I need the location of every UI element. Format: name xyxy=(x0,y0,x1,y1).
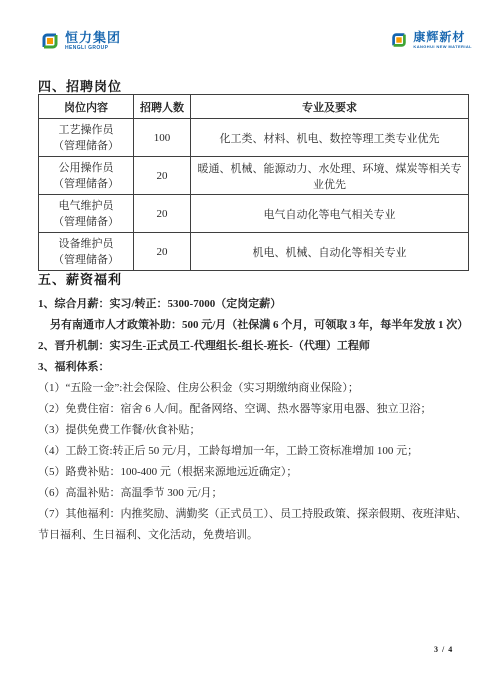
table-header-row: 岗位内容 招聘人数 专业及要求 xyxy=(39,95,469,119)
count-cell: 20 xyxy=(134,157,191,195)
position-note: （管理储备） xyxy=(53,140,119,152)
salary-item-welfare-title: 3、福利体系： xyxy=(38,357,470,378)
requirement-cell: 化工类、材料、机电、数控等理工类专业优先 xyxy=(191,119,469,157)
col-header-position: 岗位内容 xyxy=(39,95,134,119)
hengli-logo-name: 恒力集团 xyxy=(65,31,121,44)
col-header-requirement: 专业及要求 xyxy=(191,95,469,119)
jobs-table: 岗位内容 招聘人数 专业及要求 工艺操作员 （管理储备） 100 化工类、材料、… xyxy=(38,94,469,271)
salary-item-monthly: 1、综合月薪：实习/转正：5300-7000（定岗定薪） xyxy=(38,294,470,315)
position-name: 电气维护员 xyxy=(59,200,114,212)
count-cell: 20 xyxy=(134,233,191,271)
section-recruit-title: 四、招聘岗位 xyxy=(38,76,122,95)
col-header-count: 招聘人数 xyxy=(134,95,191,119)
hengli-logo: 恒力集团 HENGLI GROUP xyxy=(40,31,121,56)
count-cell: 100 xyxy=(134,119,191,157)
position-note: （管理储备） xyxy=(53,178,119,190)
benefit-item-seniority: （4）工龄工资:转正后 50 元/月，工龄每增加一年，工龄工资标准增加 100 … xyxy=(38,441,470,462)
hengli-logo-subtitle: HENGLI GROUP xyxy=(65,46,121,51)
position-note: （管理储备） xyxy=(53,216,119,228)
table-row: 工艺操作员 （管理储备） 100 化工类、材料、机电、数控等理工类专业优先 xyxy=(39,119,469,157)
salary-item-subsidy: 另有南通市人才政策补助：500 元/月（社保满 6 个月，可领取 3 年，每半年… xyxy=(38,315,470,336)
requirement-cell: 机电、机械、自动化等相关专业 xyxy=(191,233,469,271)
kanghui-logo: 康辉新材 KANGHUI NEW MATERIAL xyxy=(390,31,472,54)
benefit-item-heat: （6）高温补贴：高温季节 300 元/月； xyxy=(38,483,470,504)
table-row: 公用操作员 （管理储备） 20 暖通、机械、能源动力、水处理、环境、煤炭等相关专… xyxy=(39,157,469,195)
table-row: 设备维护员 （管理储备） 20 机电、机械、自动化等相关专业 xyxy=(39,233,469,271)
document-page: 恒力集团 HENGLI GROUP 康辉新材 KANGHUI NEW MATER… xyxy=(0,0,500,674)
document-header: 恒力集团 HENGLI GROUP 康辉新材 KANGHUI NEW MATER… xyxy=(40,31,472,56)
position-cell: 设备维护员 （管理储备） xyxy=(39,233,134,271)
kanghui-logo-subtitle: KANGHUI NEW MATERIAL xyxy=(413,45,472,49)
benefit-item-travel: （5）路费补贴：100-400 元（根据来源地远近确定）； xyxy=(38,462,470,483)
requirement-cell: 暖通、机械、能源动力、水处理、环境、煤炭等相关专业优先 xyxy=(191,157,469,195)
position-name: 工艺操作员 xyxy=(59,124,114,136)
position-name: 设备维护员 xyxy=(59,238,114,250)
benefit-item-meals: （3）提供免费工作餐/伙食补贴； xyxy=(38,420,470,441)
salary-item-promotion: 2、晋升机制：实习生-正式员工-代理组长-组长-班长-（代理）工程师 xyxy=(38,336,470,357)
section-salary-title: 五、薪资福利 xyxy=(38,269,470,288)
hengli-logo-icon xyxy=(40,31,60,56)
requirement-cell: 电气自动化等电气相关专业 xyxy=(191,195,469,233)
position-note: （管理储备） xyxy=(53,254,119,266)
salary-benefits-section: 五、薪资福利 1、综合月薪：实习/转正：5300-7000（定岗定薪） 另有南通… xyxy=(38,269,470,546)
position-cell: 公用操作员 （管理储备） xyxy=(39,157,134,195)
position-cell: 工艺操作员 （管理储备） xyxy=(39,119,134,157)
kanghui-logo-icon xyxy=(390,31,408,54)
benefit-item-housing: （2）免费住宿：宿舍 6 人/间。配备网络、空调、热水器等家用电器、独立卫浴； xyxy=(38,399,470,420)
position-name: 公用操作员 xyxy=(59,162,114,174)
kanghui-logo-text: 康辉新材 KANGHUI NEW MATERIAL xyxy=(413,31,472,49)
kanghui-logo-name: 康辉新材 xyxy=(413,31,472,43)
benefit-item-other: （7）其他福利：内推奖励、满勤奖（正式员工）、员工持股政策、探亲假期、夜班津贴、… xyxy=(38,504,470,546)
position-cell: 电气维护员 （管理储备） xyxy=(39,195,134,233)
table-row: 电气维护员 （管理储备） 20 电气自动化等电气相关专业 xyxy=(39,195,469,233)
benefit-item-insurance: （1）“五险一金”:社会保险、住房公积金（实习期缴纳商业保险）； xyxy=(38,378,470,399)
count-cell: 20 xyxy=(134,195,191,233)
hengli-logo-text: 恒力集团 HENGLI GROUP xyxy=(65,31,121,51)
page-number: 3 / 4 xyxy=(434,645,453,654)
